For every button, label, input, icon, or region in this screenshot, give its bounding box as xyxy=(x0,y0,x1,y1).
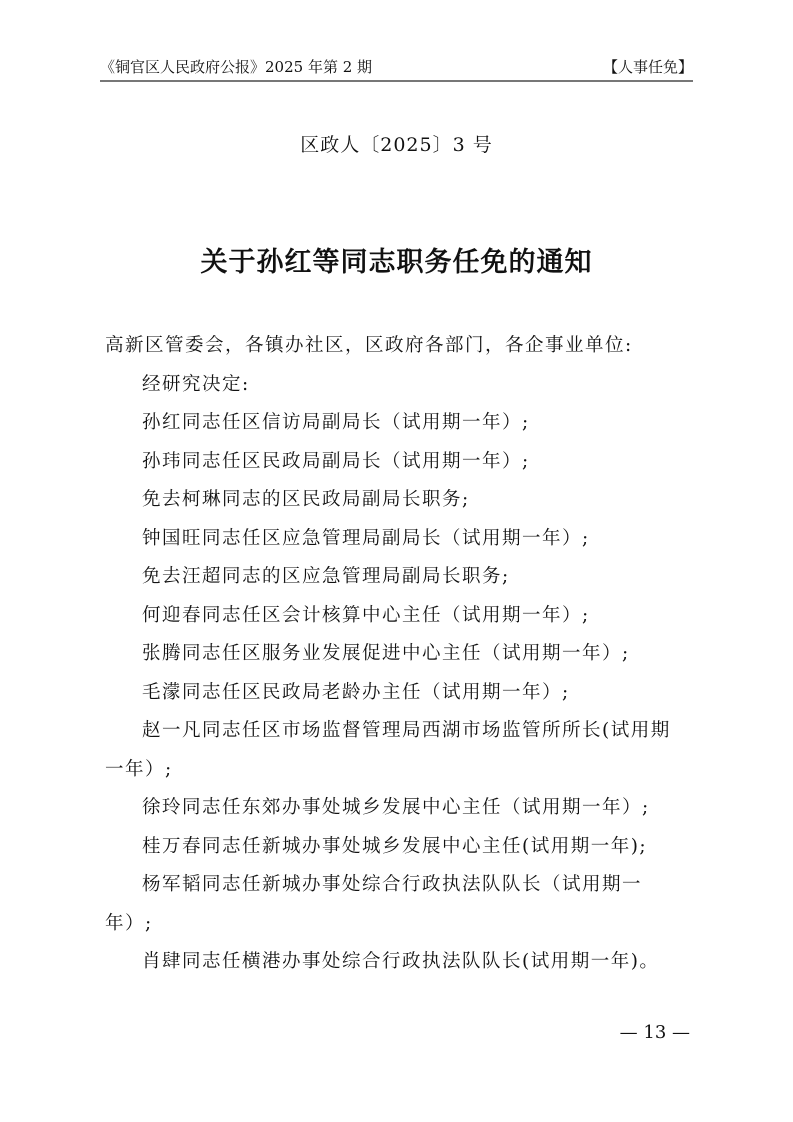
appointment-item: 张腾同志任区服务业发展促进中心主任（试用期一年）; xyxy=(105,635,688,674)
dismissal-item: 免去汪超同志的区应急管理局副局长职务; xyxy=(105,558,688,597)
page-number: — 13 — xyxy=(620,1022,690,1043)
appointment-item: 孙玮同志任区民政局副局长（试用期一年）; xyxy=(105,443,688,482)
appointment-item: 毛濛同志任区民政局老龄办主任（试用期一年）; xyxy=(105,674,688,713)
appointment-item: 徐玲同志任东郊办事处城乡发展中心主任（试用期一年）; xyxy=(105,789,688,828)
appointment-item: 杨军韬同志任新城办事处综合行政执法队队长（试用期一年）; xyxy=(105,866,688,943)
appointment-item: 钟国旺同志任区应急管理局副局长（试用期一年）; xyxy=(105,520,688,559)
appointment-item: 何迎春同志任区会计核算中心主任（试用期一年）; xyxy=(105,597,688,636)
document-title: 关于孙红等同志职务任免的通知 xyxy=(0,240,793,279)
document-body: 高新区管委会，各镇办社区，区政府各部门，各企事业单位: 经研究决定: 孙红同志任… xyxy=(105,327,688,982)
document-number: 区政人〔2025〕3 号 xyxy=(0,130,793,157)
running-header: 《铜官区人民政府公报》2025 年第 2 期 【人事任免】 xyxy=(100,56,693,78)
section-label: 【人事任免】 xyxy=(603,56,693,77)
appointment-item: 肖肆同志任横港办事处综合行政执法队队长(试用期一年)。 xyxy=(105,943,688,982)
appointment-item: 赵一凡同志任区市场监督管理局西湖市场监管所所长(试用期一年）; xyxy=(105,712,688,789)
appointment-item: 桂万春同志任新城办事处城乡发展中心主任(试用期一年); xyxy=(105,828,688,867)
header-divider xyxy=(100,80,693,82)
publication-name: 《铜官区人民政府公报》2025 年第 2 期 xyxy=(100,56,372,77)
intro-line: 经研究决定: xyxy=(105,366,688,405)
addressee: 高新区管委会，各镇办社区，区政府各部门，各企事业单位: xyxy=(105,327,688,366)
appointment-item: 孙红同志任区信访局副局长（试用期一年）; xyxy=(105,404,688,443)
dismissal-item: 免去柯琳同志的区民政局副局长职务; xyxy=(105,481,688,520)
